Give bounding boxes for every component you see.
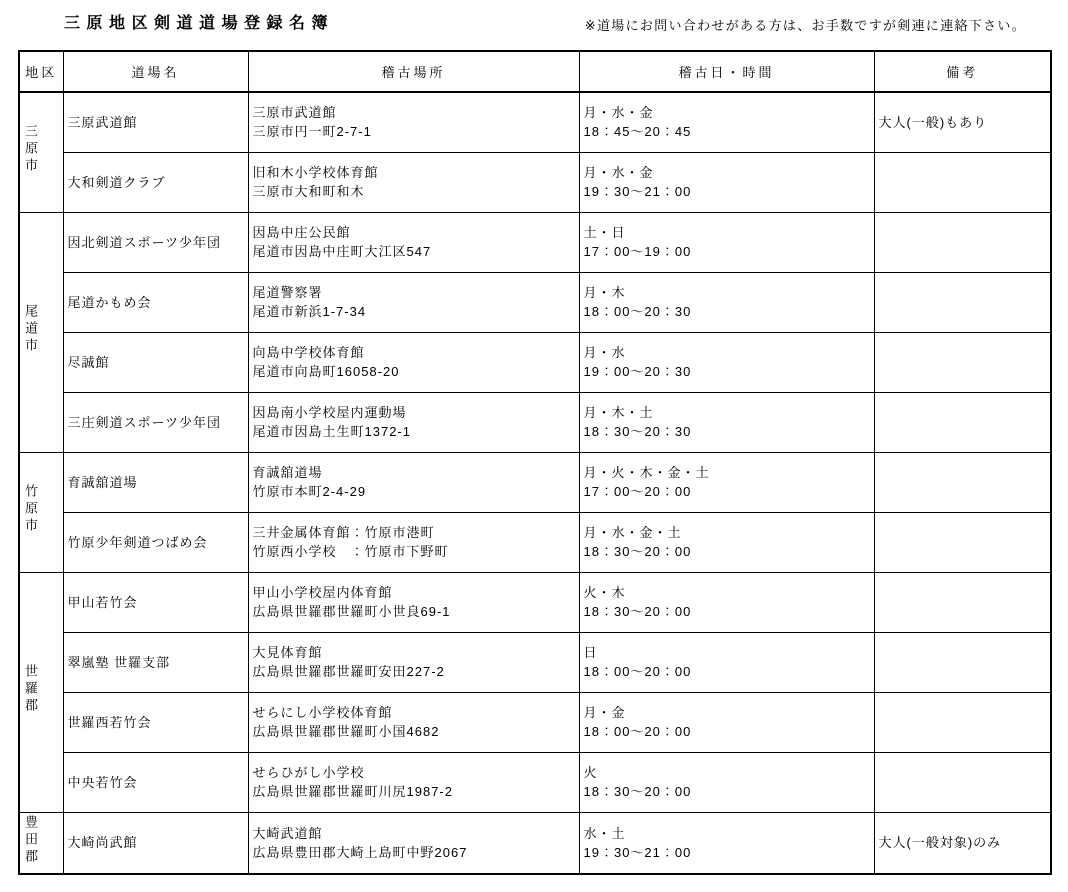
table-header: 地区 道場名 稽古場所 稽古日・時間 備考	[19, 51, 1051, 92]
place-cell: 尾道警察署 尾道市新浜1-7-34	[248, 272, 579, 332]
table-row: 竹原市育誠舘道場育誠舘道場 竹原市本町2-4-29月・火・木・金・土 17：00…	[19, 452, 1051, 512]
dojo-name-cell: 竹原少年剣道つばめ会	[63, 512, 248, 572]
dojo-name-cell: 世羅西若竹会	[63, 692, 248, 752]
district-label: 竹原市	[24, 484, 37, 535]
place-cell: 三井金属体育館：竹原市港町 竹原西小学校 ：竹原市下野町	[248, 512, 579, 572]
table-row: 翠嵐塾 世羅支部大見体育館 広島県世羅郡世羅町安田227-2日 18：00～20…	[19, 632, 1051, 692]
dojo-name-cell: 翠嵐塾 世羅支部	[63, 632, 248, 692]
place-cell: 向島中学校体育館 尾道市向島町16058-20	[248, 332, 579, 392]
remarks-cell	[874, 512, 1051, 572]
remarks-cell	[874, 332, 1051, 392]
schedule-cell: 月・金 18：00～20：00	[579, 692, 874, 752]
page-title: 三原地区剣道道場登録名簿	[64, 10, 334, 33]
schedule-cell: 月・水・金 19：30～21：00	[579, 152, 874, 212]
remarks-cell	[874, 632, 1051, 692]
contact-note: ※道場にお問い合わせがある方は、お手数ですが剣連に連絡下さい。	[585, 15, 1026, 34]
schedule-cell: 月・木 18：00～20：30	[579, 272, 874, 332]
header-row: 地区 道場名 稽古場所 稽古日・時間 備考	[19, 51, 1051, 92]
place-cell: せらにし小学校体育館 広島県世羅郡世羅町小国4682	[248, 692, 579, 752]
schedule-cell: 月・水 19：00～20：30	[579, 332, 874, 392]
district-label: 豊田郡	[24, 815, 37, 866]
place-cell: 三原市武道館 三原市円一町2-7-1	[248, 92, 579, 152]
header-dojo-name: 道場名	[63, 51, 248, 92]
header-district: 地区	[19, 51, 63, 92]
district-label: 三原市	[24, 124, 37, 175]
district-cell: 世羅郡	[19, 572, 63, 812]
district-cell: 三原市	[19, 92, 63, 212]
place-cell: 育誠舘道場 竹原市本町2-4-29	[248, 452, 579, 512]
schedule-cell: 土・日 17：00～19：00	[579, 212, 874, 272]
table-row: 尾道市因北剣道スポーツ少年団因島中庄公民館 尾道市因島中庄町大江区547土・日 …	[19, 212, 1051, 272]
remarks-cell	[874, 752, 1051, 812]
remarks-cell	[874, 572, 1051, 632]
schedule-cell: 月・水・金 18：45～20：45	[579, 92, 874, 152]
table-row: 中央若竹会せらひがし小学校 広島県世羅郡世羅町川尻1987-2火 18：30～2…	[19, 752, 1051, 812]
schedule-cell: 月・水・金・土 18：30～20：00	[579, 512, 874, 572]
district-cell: 竹原市	[19, 452, 63, 572]
dojo-name-cell: 甲山若竹会	[63, 572, 248, 632]
place-cell: 旧和木小学校体育館 三原市大和町和木	[248, 152, 579, 212]
table-row: 豊田郡大崎尚武館大崎武道館 広島県豊田郡大崎上島町中野2067水・土 19：30…	[19, 812, 1051, 874]
table-body: 三原市三原武道館三原市武道館 三原市円一町2-7-1月・水・金 18：45～20…	[19, 92, 1051, 874]
remarks-cell	[874, 152, 1051, 212]
table-row: 三原市三原武道館三原市武道館 三原市円一町2-7-1月・水・金 18：45～20…	[19, 92, 1051, 152]
table-row: 尾道かもめ会尾道警察署 尾道市新浜1-7-34月・木 18：00～20：30	[19, 272, 1051, 332]
place-cell: 甲山小学校屋内体育館 広島県世羅郡世羅町小世良69-1	[248, 572, 579, 632]
remarks-cell	[874, 692, 1051, 752]
dojo-name-cell: 大崎尚武館	[63, 812, 248, 874]
place-cell: 因島中庄公民館 尾道市因島中庄町大江区547	[248, 212, 579, 272]
header-place: 稽古場所	[248, 51, 579, 92]
dojo-register-table: 地区 道場名 稽古場所 稽古日・時間 備考 三原市三原武道館三原市武道館 三原市…	[18, 50, 1052, 875]
schedule-cell: 火・木 18：30～20：00	[579, 572, 874, 632]
remarks-cell	[874, 272, 1051, 332]
schedule-cell: 日 18：00～20：00	[579, 632, 874, 692]
dojo-name-cell: 三原武道館	[63, 92, 248, 152]
table-row: 世羅郡甲山若竹会甲山小学校屋内体育館 広島県世羅郡世羅町小世良69-1火・木 1…	[19, 572, 1051, 632]
header-remarks: 備考	[874, 51, 1051, 92]
remarks-cell	[874, 392, 1051, 452]
header-schedule: 稽古日・時間	[579, 51, 874, 92]
table-row: 三庄剣道スポーツ少年団因島南小学校屋内運動場 尾道市因島土生町1372-1月・木…	[19, 392, 1051, 452]
remarks-cell: 大人(一般対象)のみ	[874, 812, 1051, 874]
district-label: 世羅郡	[24, 664, 37, 715]
table-row: 大和剣道クラブ旧和木小学校体育館 三原市大和町和木月・水・金 19：30～21：…	[19, 152, 1051, 212]
dojo-name-cell: 三庄剣道スポーツ少年団	[63, 392, 248, 452]
table-row: 竹原少年剣道つばめ会三井金属体育館：竹原市港町 竹原西小学校 ：竹原市下野町月・…	[19, 512, 1051, 572]
remarks-cell	[874, 212, 1051, 272]
district-cell: 豊田郡	[19, 812, 63, 874]
table-row: 尽誠館向島中学校体育館 尾道市向島町16058-20月・水 19：00～20：3…	[19, 332, 1051, 392]
dojo-name-cell: 中央若竹会	[63, 752, 248, 812]
schedule-cell: 月・火・木・金・土 17：00～20：00	[579, 452, 874, 512]
page: 三原地区剣道道場登録名簿 ※道場にお問い合わせがある方は、お手数ですが剣連に連絡…	[0, 0, 1068, 892]
place-cell: せらひがし小学校 広島県世羅郡世羅町川尻1987-2	[248, 752, 579, 812]
place-cell: 大崎武道館 広島県豊田郡大崎上島町中野2067	[248, 812, 579, 874]
remarks-cell	[874, 452, 1051, 512]
table-row: 世羅西若竹会せらにし小学校体育館 広島県世羅郡世羅町小国4682月・金 18：0…	[19, 692, 1051, 752]
place-cell: 大見体育館 広島県世羅郡世羅町安田227-2	[248, 632, 579, 692]
schedule-cell: 水・土 19：30～21：00	[579, 812, 874, 874]
remarks-cell: 大人(一般)もあり	[874, 92, 1051, 152]
dojo-name-cell: 育誠舘道場	[63, 452, 248, 512]
dojo-name-cell: 因北剣道スポーツ少年団	[63, 212, 248, 272]
dojo-name-cell: 尾道かもめ会	[63, 272, 248, 332]
schedule-cell: 月・木・土 18：30～20：30	[579, 392, 874, 452]
dojo-name-cell: 尽誠館	[63, 332, 248, 392]
place-cell: 因島南小学校屋内運動場 尾道市因島土生町1372-1	[248, 392, 579, 452]
dojo-name-cell: 大和剣道クラブ	[63, 152, 248, 212]
district-label: 尾道市	[24, 304, 37, 355]
schedule-cell: 火 18：30～20：00	[579, 752, 874, 812]
district-cell: 尾道市	[19, 212, 63, 452]
